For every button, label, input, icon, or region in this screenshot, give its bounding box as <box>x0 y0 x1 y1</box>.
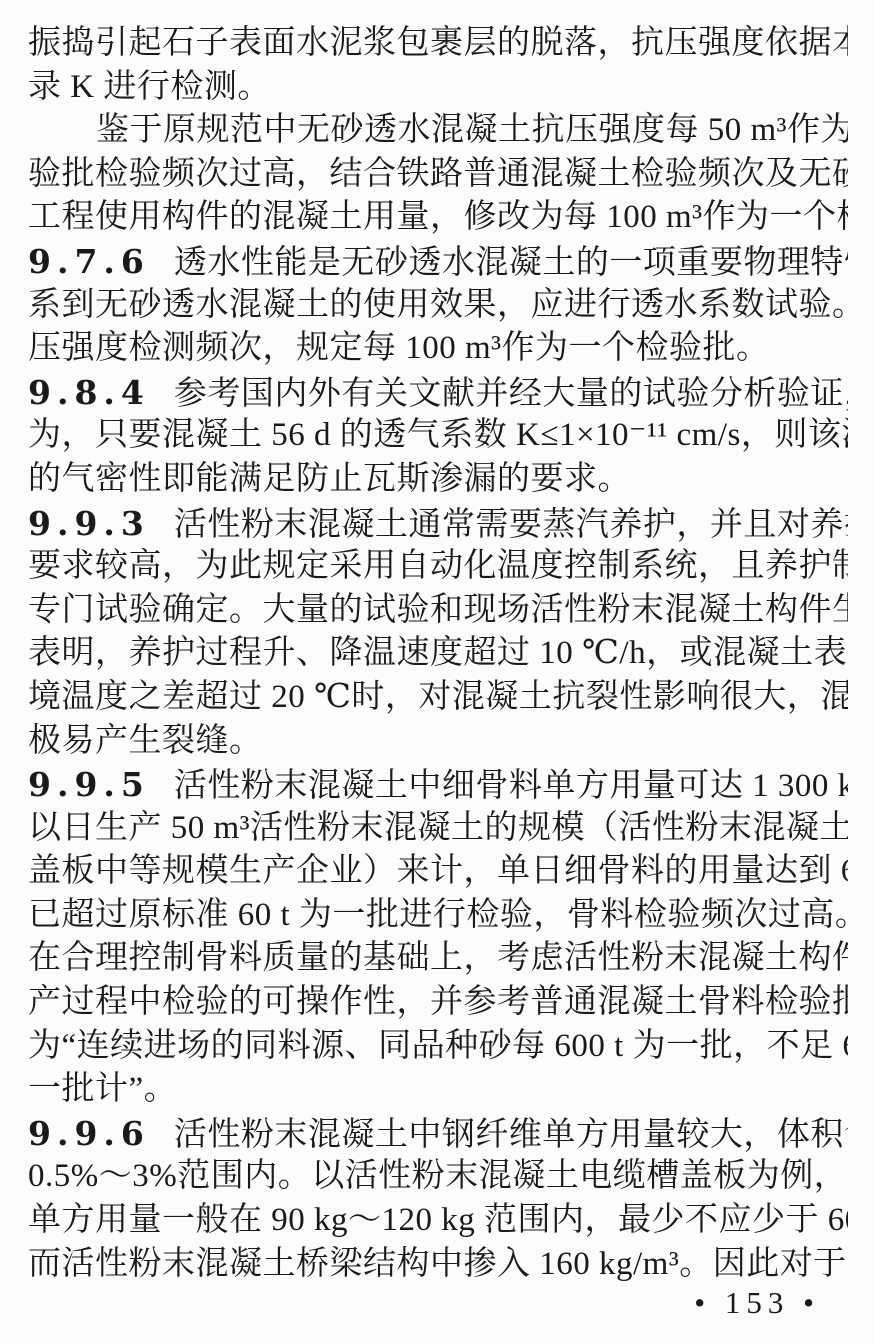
text-line: 系到无砂透水混凝土的使用效果，应进行透水系数试验。借鉴抗 <box>28 284 848 328</box>
line-text: 参考国内外有关文献并经大量的试验分析验证，一般认 <box>174 376 848 412</box>
line-text: 极易产生裂缝。 <box>28 723 263 759</box>
line-text: 0.5%～3%范围内。以活性粉末混凝土电缆槽盖板为例，钢纤维 <box>28 1158 848 1194</box>
text-line: 盖板中等规模生产企业）来计，单日细骨料的用量达到 65 t～80 t， <box>28 850 848 894</box>
section-paragraph-line: 9.7.6透水性能是无砂透水混凝土的一项重要物理特性，直接关 <box>28 240 848 284</box>
text-line: 0.5%～3%范围内。以活性粉末混凝土电缆槽盖板为例，钢纤维 <box>28 1155 848 1199</box>
text-line: 单方用量一般在 90 kg～120 kg 范围内，最少不应少于 60 kg/m³… <box>28 1199 848 1243</box>
text-line: 表明，养护过程升、降温速度超过 10 ℃/h，或混凝土表层温度与环 <box>28 632 848 676</box>
line-text: 单方用量一般在 90 kg～120 kg 范围内，最少不应少于 60 kg/m³… <box>28 1202 848 1238</box>
line-text: 活性粉末混凝土中细骨料单方用量可达 1 300 kg～1 600 kg， <box>174 768 848 804</box>
section-paragraph-line: 9.9.5活性粉末混凝土中细骨料单方用量可达 1 300 kg～1 600 kg… <box>28 763 848 807</box>
section-paragraph-line: 9.9.3活性粉末混凝土通常需要蒸汽养护，并且对养护温度控制 <box>28 502 848 546</box>
line-text: 专门试验确定。大量的试验和现场活性粉末混凝土构件生产经验 <box>28 592 848 628</box>
text-line: 要求较高，为此规定采用自动化温度控制系统，且养护制度应通过 <box>28 545 848 589</box>
line-text: 表明，养护过程升、降温速度超过 10 ℃/h，或混凝土表层温度与环 <box>28 635 848 671</box>
line-text: 透水性能是无砂透水混凝土的一项重要物理特性，直接关 <box>174 245 848 281</box>
line-text: 产过程中检验的可操作性，并参考普通混凝土骨料检验批次，确定 <box>28 984 848 1020</box>
line-text: 而活性粉末混凝土桥梁结构中掺入 160 kg/m³。因此对于日生产 <box>28 1246 848 1282</box>
text-line: 一批计”。 <box>28 1068 848 1112</box>
page-number: • 153 • <box>694 1281 820 1325</box>
text-line: 录 K 进行检测。 <box>28 66 848 110</box>
line-text: 振捣引起石子表面水泥浆包裹层的脱落，抗压强度依据本标准附 <box>28 25 848 61</box>
text-line: 验批检验频次过高，结合铁路普通混凝土检验频次及无砂混凝土 <box>28 153 848 197</box>
section-number: 9.8.4 <box>28 373 150 412</box>
section-number: 9.9.3 <box>28 504 150 543</box>
section-number: 9.9.5 <box>28 765 150 804</box>
line-text: 活性粉末混凝土通常需要蒸汽养护，并且对养护温度控制 <box>174 507 848 543</box>
text-line: 专门试验确定。大量的试验和现场活性粉末混凝土构件生产经验 <box>28 589 848 633</box>
line-text: 已超过原标准 60 t 为一批进行检验，骨料检验频次过高。因此， <box>28 897 848 933</box>
text-line: 境温度之差超过 20 ℃时，对混凝土抗裂性影响很大，混凝土表面 <box>28 676 848 720</box>
text-line: 以日生产 50 m³活性粉末混凝土的规模（活性粉末混凝土电缆槽 <box>28 807 848 851</box>
line-text: 为，只要混凝土 56 d 的透气系数 K≤1×10⁻¹¹ cm/s，则该混凝土 <box>28 417 848 453</box>
section-paragraph-line: 9.8.4参考国内外有关文献并经大量的试验分析验证，一般认 <box>28 371 848 415</box>
text-line: 已超过原标准 60 t 为一批进行检验，骨料检验频次过高。因此， <box>28 894 848 938</box>
text-line: 压强度检测频次，规定每 100 m³作为一个检验批。 <box>28 327 848 371</box>
section-number: 9.7.6 <box>28 242 150 281</box>
text-line: 为，只要混凝土 56 d 的透气系数 K≤1×10⁻¹¹ cm/s，则该混凝土 <box>28 414 848 458</box>
line-text: 以日生产 50 m³活性粉末混凝土的规模（活性粉末混凝土电缆槽 <box>28 810 848 846</box>
line-text: 录 K 进行检测。 <box>28 69 271 105</box>
text-line: 在合理控制骨料质量的基础上，考虑活性粉末混凝土构件实际生 <box>28 937 848 981</box>
section-number: 9.9.6 <box>28 1114 150 1153</box>
line-text: 的气密性即能满足防止瓦斯渗漏的要求。 <box>28 461 631 497</box>
line-text: 工程使用构件的混凝土用量，修改为每 100 m³作为一个检验批。 <box>28 199 848 235</box>
line-text: 一批计”。 <box>28 1071 177 1107</box>
text-line: 鉴于原规范中无砂透水混凝土抗压强度每 50 m³作为一个检 <box>28 109 848 153</box>
text-line: 产过程中检验的可操作性，并参考普通混凝土骨料检验批次，确定 <box>28 981 848 1025</box>
line-text: 盖板中等规模生产企业）来计，单日细骨料的用量达到 65 t～80 t， <box>28 853 848 889</box>
body-text: 振捣引起石子表面水泥浆包裹层的脱落，抗压强度依据本标准附录 K 进行检测。鉴于原… <box>28 22 848 1286</box>
line-text: 验批检验频次过高，结合铁路普通混凝土检验频次及无砂混凝土 <box>28 156 848 192</box>
section-paragraph-line: 9.9.6活性粉末混凝土中钢纤维单方用量较大，体积含量可在 <box>28 1112 848 1156</box>
line-text: 压强度检测频次，规定每 100 m³作为一个检验批。 <box>28 330 770 366</box>
text-line: 工程使用构件的混凝土用量，修改为每 100 m³作为一个检验批。 <box>28 196 848 240</box>
line-text: 要求较高，为此规定采用自动化温度控制系统，且养护制度应通过 <box>28 548 848 584</box>
line-text: 系到无砂透水混凝土的使用效果，应进行透水系数试验。借鉴抗 <box>28 287 848 323</box>
text-line: 而活性粉末混凝土桥梁结构中掺入 160 kg/m³。因此对于日生产 <box>28 1243 848 1287</box>
line-text: 为“连续进场的同料源、同品种砂每 600 t 为一批，不足 600 t 也按 <box>28 1028 848 1064</box>
document-page: 振捣引起石子表面水泥浆包裹层的脱落，抗压强度依据本标准附录 K 进行检测。鉴于原… <box>0 0 874 1343</box>
line-text: 鉴于原规范中无砂透水混凝土抗压强度每 50 m³作为一个检 <box>96 112 848 148</box>
text-line: 振捣引起石子表面水泥浆包裹层的脱落，抗压强度依据本标准附 <box>28 22 848 66</box>
line-text: 境温度之差超过 20 ℃时，对混凝土抗裂性影响很大，混凝土表面 <box>28 679 848 715</box>
text-line: 极易产生裂缝。 <box>28 720 848 764</box>
line-text: 在合理控制骨料质量的基础上，考虑活性粉末混凝土构件实际生 <box>28 940 848 976</box>
text-line: 为“连续进场的同料源、同品种砂每 600 t 为一批，不足 600 t 也按 <box>28 1025 848 1069</box>
line-text: 活性粉末混凝土中钢纤维单方用量较大，体积含量可在 <box>174 1117 848 1153</box>
text-line: 的气密性即能满足防止瓦斯渗漏的要求。 <box>28 458 848 502</box>
